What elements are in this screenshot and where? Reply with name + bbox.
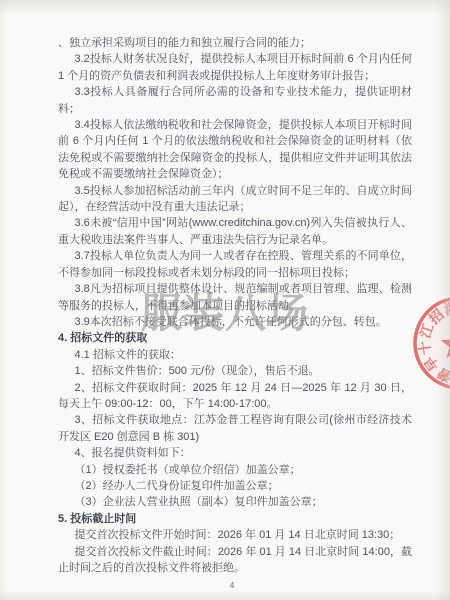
section-heading: 4. 招标文件的获取 xyxy=(58,330,412,346)
paragraph: 3.4投标人依法缴纳税收和社会保障资金，提供投标人本项目开标时间前 6 个月内任… xyxy=(58,117,412,183)
paragraph: 3.2投标人财务状况良好，提供投标人本项目开标时间前 6 个月内任何 1 个月的… xyxy=(58,51,412,84)
seal-character: 奢 xyxy=(435,365,450,386)
paragraph: 3.7投标人单位负责人为同一人或者存在控股、管理关系的不同单位，不得参加同一标段… xyxy=(58,248,412,281)
paragraph: 3.6未被“信用中国”网站(www.creditchina.gov.cn)列入失… xyxy=(58,215,412,248)
paragraph: 4、报名提供资料如下： xyxy=(58,445,412,461)
paragraph: 3.8凡为招标项目提供整体设计、规范编制或者项目管理、监理、检测等服务的投标人，… xyxy=(58,281,412,314)
scanned-document-page: 、独立承担采购项目的能力和独立履行合同的能力；3.2投标人财务状况良好，提供投标… xyxy=(0,0,450,600)
paragraph: 3.9本次招标不接受联合体投标，不允许任何形式的分包、转包。 xyxy=(58,314,412,330)
paragraph: （3）企业法人营业执照（副本）复印件加盖公章； xyxy=(58,494,412,510)
paragraph: 3.3投标人具备履行合同所必需的设备和专业技术能力，提供证明材料； xyxy=(58,84,412,117)
paragraph: 提交首次投标文件截止时间：2026 年 01 月 14 日北京时间 14:00，… xyxy=(58,544,412,577)
paragraph: 提交首次投标文件开始时间：2026 年 01 月 14 日北京时间 13:30； xyxy=(58,527,412,543)
document-body: 、独立承担采购项目的能力和独立履行合同的能力；3.2投标人财务状况良好，提供投标… xyxy=(58,35,412,576)
paragraph: （1）授权委托书（或单位介绍信）加盖公章； xyxy=(58,462,412,478)
seal-arc-text: 有湖招江十早奢华 xyxy=(416,299,450,387)
seal-ring xyxy=(415,298,450,388)
page-number: 4 xyxy=(0,580,450,590)
paragraph: 2、招标文件获取时间：2025 年 12 月 24 日—2025 年 12 月 … xyxy=(58,380,412,413)
section-heading: 5. 投标截止时间 xyxy=(58,511,412,527)
seal-character: 江 xyxy=(416,321,437,342)
seal-star-icon xyxy=(441,329,450,358)
paragraph: 3、招标文件获取地点：江苏金普工程咨询有限公司(徐州市经济技术开发区 E20 创… xyxy=(58,412,412,445)
paragraph: 、独立承担采购项目的能力和独立履行合同的能力； xyxy=(58,35,412,51)
paragraph: 1、招标文件售价：500 元/份（现金），售后不退。 xyxy=(58,363,412,379)
seal-character: 招 xyxy=(425,306,447,328)
seal-character: 湖 xyxy=(443,299,450,318)
paragraph: 3.5投标人参加招标活动前三年内（成立时间不足三年的、自成立时间起），在经营活动… xyxy=(58,183,412,216)
paragraph: （2）经办人二代身份证复印件加盖公章； xyxy=(58,478,412,494)
paragraph: 4.1 招标文件的获取： xyxy=(58,347,412,363)
seal-character: 早 xyxy=(421,354,442,375)
seal-character: 十 xyxy=(416,340,434,356)
